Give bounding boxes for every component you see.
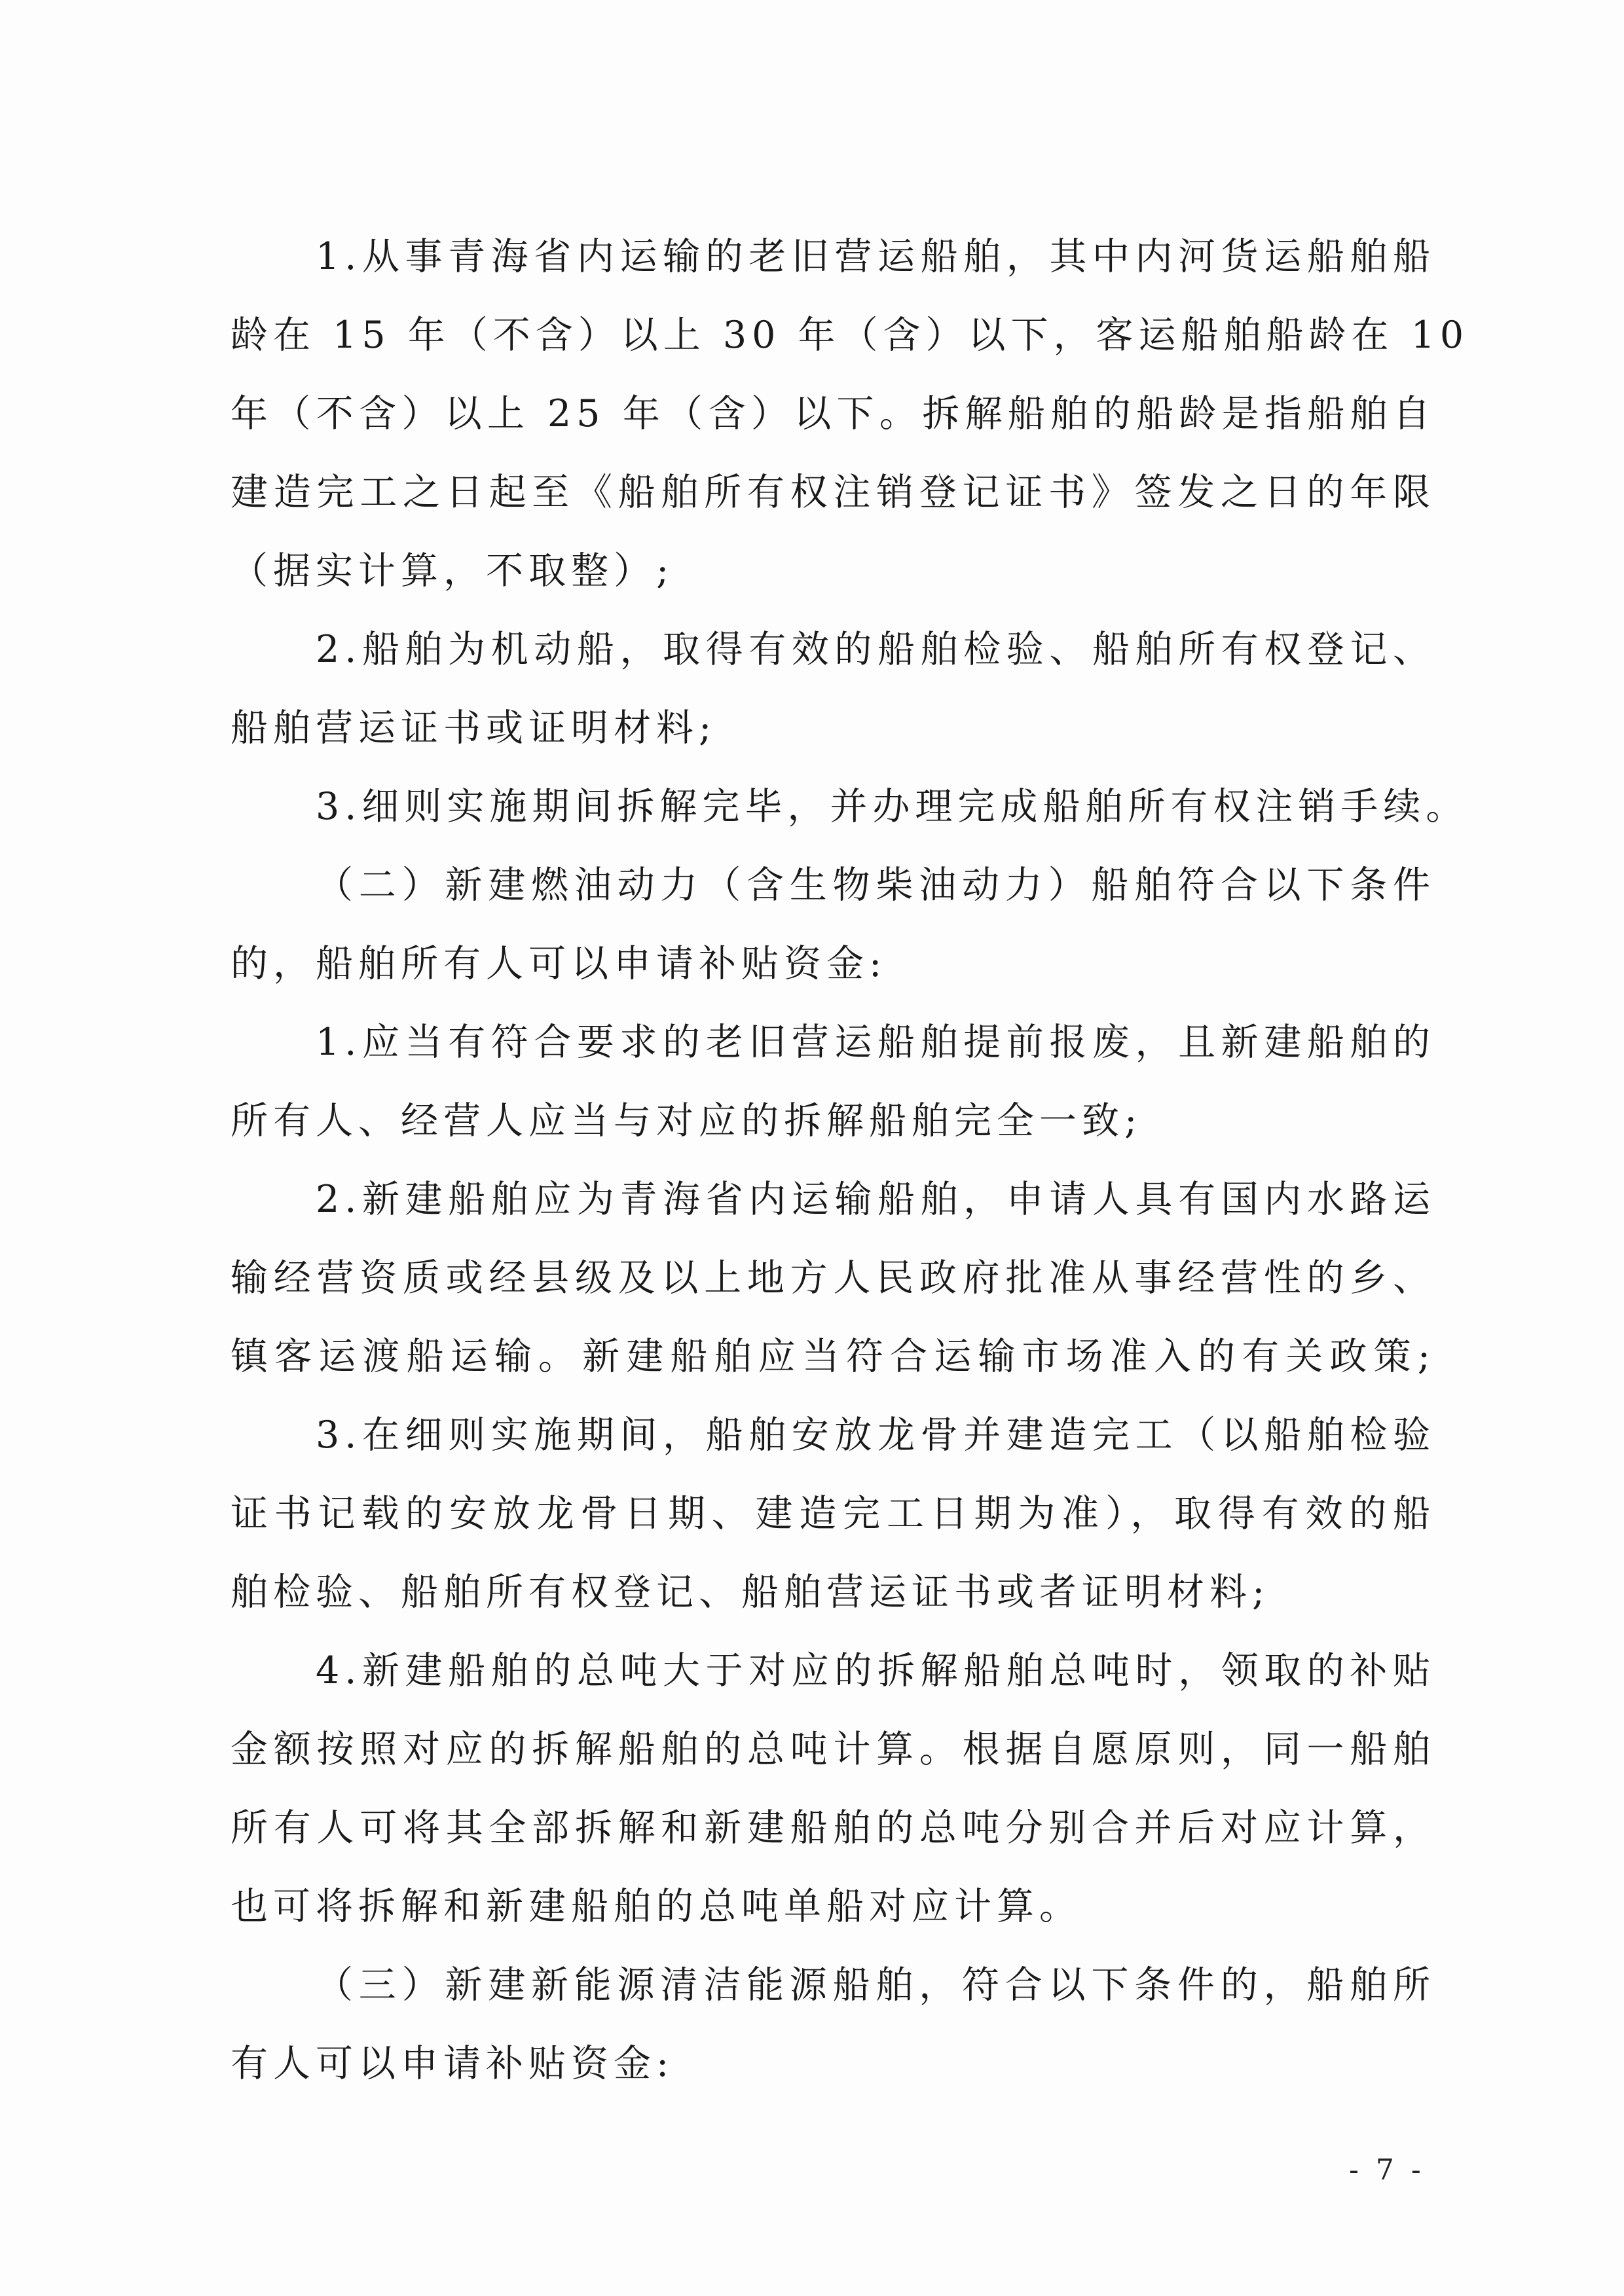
document-page: 1.从事青海省内运输的老旧营运船舶，其中内河货运船舶船 龄在 15 年（不含）以… xyxy=(0,0,1624,2296)
paragraph-1-line-3: 年（不含）以上 25 年（含）以下。拆解船舶的船龄是指船舶自 xyxy=(231,388,1435,440)
section-2-item-2-line-3: 镇客运渡船运输。新建船舶应当符合运输市场准入的有关政策; xyxy=(231,1330,1435,1383)
section-2-item-4-line-3: 所有人可将其全部拆解和新建船舶的总吨分别合并后对应计算， xyxy=(231,1802,1435,1854)
section-2-item-3-line-2: 证书记载的安放龙骨日期、建造完工日期为准），取得有效的船 xyxy=(231,1487,1435,1540)
page-number: - 7 - xyxy=(1349,2151,1425,2190)
section-2-heading-line-1: （二）新建燃油动力（含生物柴油动力）船舶符合以下条件 xyxy=(316,859,1435,911)
section-2-item-1-line-2: 所有人、经营人应当与对应的拆解船舶完全一致; xyxy=(231,1095,1435,1147)
section-2-item-4-line-2: 金额按照对应的拆解船舶的总吨计算。根据自愿原则，同一船舶 xyxy=(231,1723,1435,1776)
paragraph-1-line-2: 龄在 15 年（不含）以上 30 年（含）以下，客运船舶船龄在 10 xyxy=(231,309,1435,361)
section-2-item-4-line-4: 也可将拆解和新建船舶的总吨单船对应计算。 xyxy=(231,1880,1435,1933)
paragraph-2-line-1: 2.船舶为机动船，取得有效的船舶检验、船舶所有权登记、 xyxy=(316,623,1435,676)
section-2-item-3-line-3: 舶检验、船舶所有权登记、船舶营运证书或者证明材料; xyxy=(231,1566,1435,1618)
paragraph-1-line-5: （据实计算，不取整）; xyxy=(231,545,1435,597)
paragraph-1-line-4: 建造完工之日起至《船舶所有权注销登记证书》签发之日的年限 xyxy=(231,466,1435,519)
paragraph-1-line-1: 1.从事青海省内运输的老旧营运船舶，其中内河货运船舶船 xyxy=(316,230,1435,283)
paragraph-2-line-2: 船舶营运证书或证明材料; xyxy=(231,702,1435,754)
section-2-item-3-line-1: 3.在细则实施期间，船舶安放龙骨并建造完工（以船舶检验 xyxy=(316,1409,1435,1461)
paragraph-3-line-1: 3.细则实施期间拆解完毕，并办理完成船舶所有权注销手续。 xyxy=(316,780,1435,833)
section-2-item-1-line-1: 1.应当有符合要求的老旧营运船舶提前报废，且新建船舶的 xyxy=(316,1016,1435,1068)
section-2-heading-line-2: 的，船舶所有人可以申请补贴资金: xyxy=(231,938,1435,990)
section-3-heading-line-2: 有人可以申请补贴资金: xyxy=(231,2037,1435,2090)
section-2-item-2-line-1: 2.新建船舶应为青海省内运输船舶，申请人具有国内水路运 xyxy=(316,1173,1435,1226)
section-3-heading-line-1: （三）新建新能源清洁能源船舶，符合以下条件的，船舶所 xyxy=(316,1959,1435,2011)
section-2-item-4-line-1: 4.新建船舶的总吨大于对应的拆解船舶总吨时，领取的补贴 xyxy=(316,1645,1435,1697)
section-2-item-2-line-2: 输经营资质或经县级及以上地方人民政府批准从事经营性的乡、 xyxy=(231,1252,1435,1304)
